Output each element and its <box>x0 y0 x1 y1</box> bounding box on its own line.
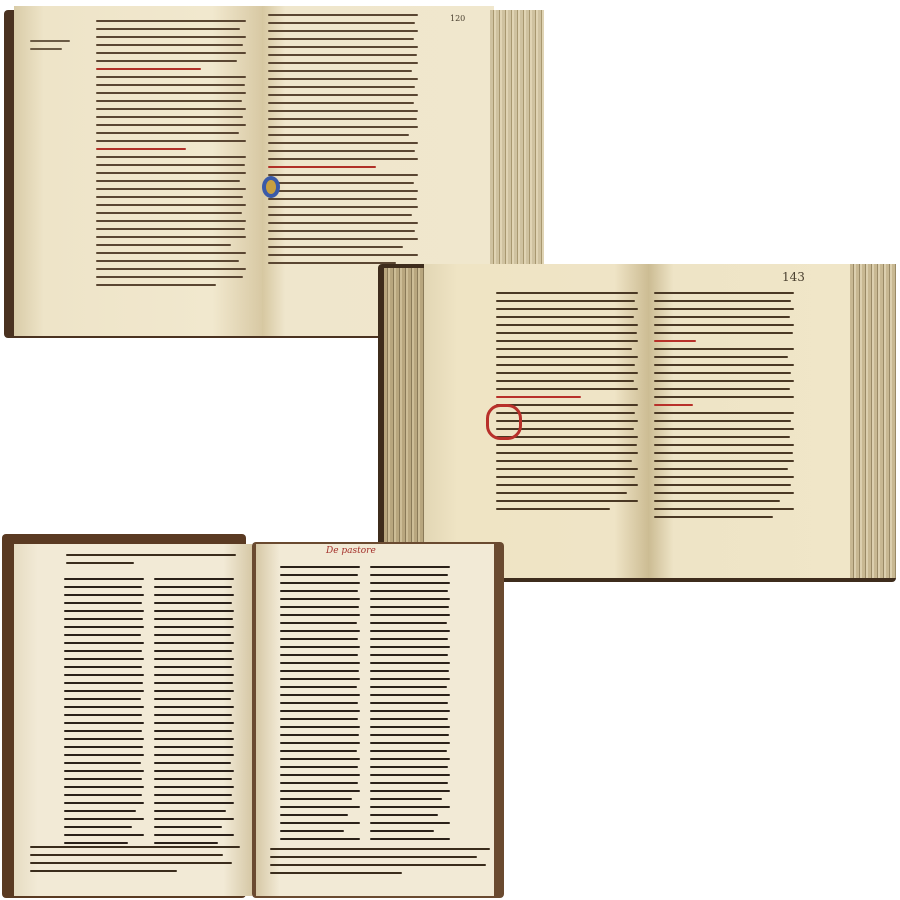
text-block-right <box>268 14 418 270</box>
column-left-2 <box>154 578 234 850</box>
bottom-notes-left <box>30 846 240 878</box>
column-right-2 <box>370 566 450 846</box>
page-edges-left <box>384 268 424 574</box>
text-block-left <box>496 292 638 516</box>
marginal-note <box>30 40 70 56</box>
text-block-right <box>654 292 794 524</box>
folio-number: 143 <box>782 270 805 284</box>
manuscript-bottom-left: De pastore <box>0 530 504 900</box>
text-block-left <box>96 20 246 292</box>
page-header: De pastore <box>326 546 376 556</box>
decorated-initial <box>262 176 280 198</box>
page-edges-right <box>850 264 896 578</box>
top-inscription <box>66 554 236 570</box>
bottom-notes-right <box>270 848 490 880</box>
folio-number: 120 <box>450 14 465 23</box>
column-left-1 <box>64 578 144 850</box>
column-right-1 <box>280 566 360 846</box>
decorated-initial-s <box>486 404 522 440</box>
